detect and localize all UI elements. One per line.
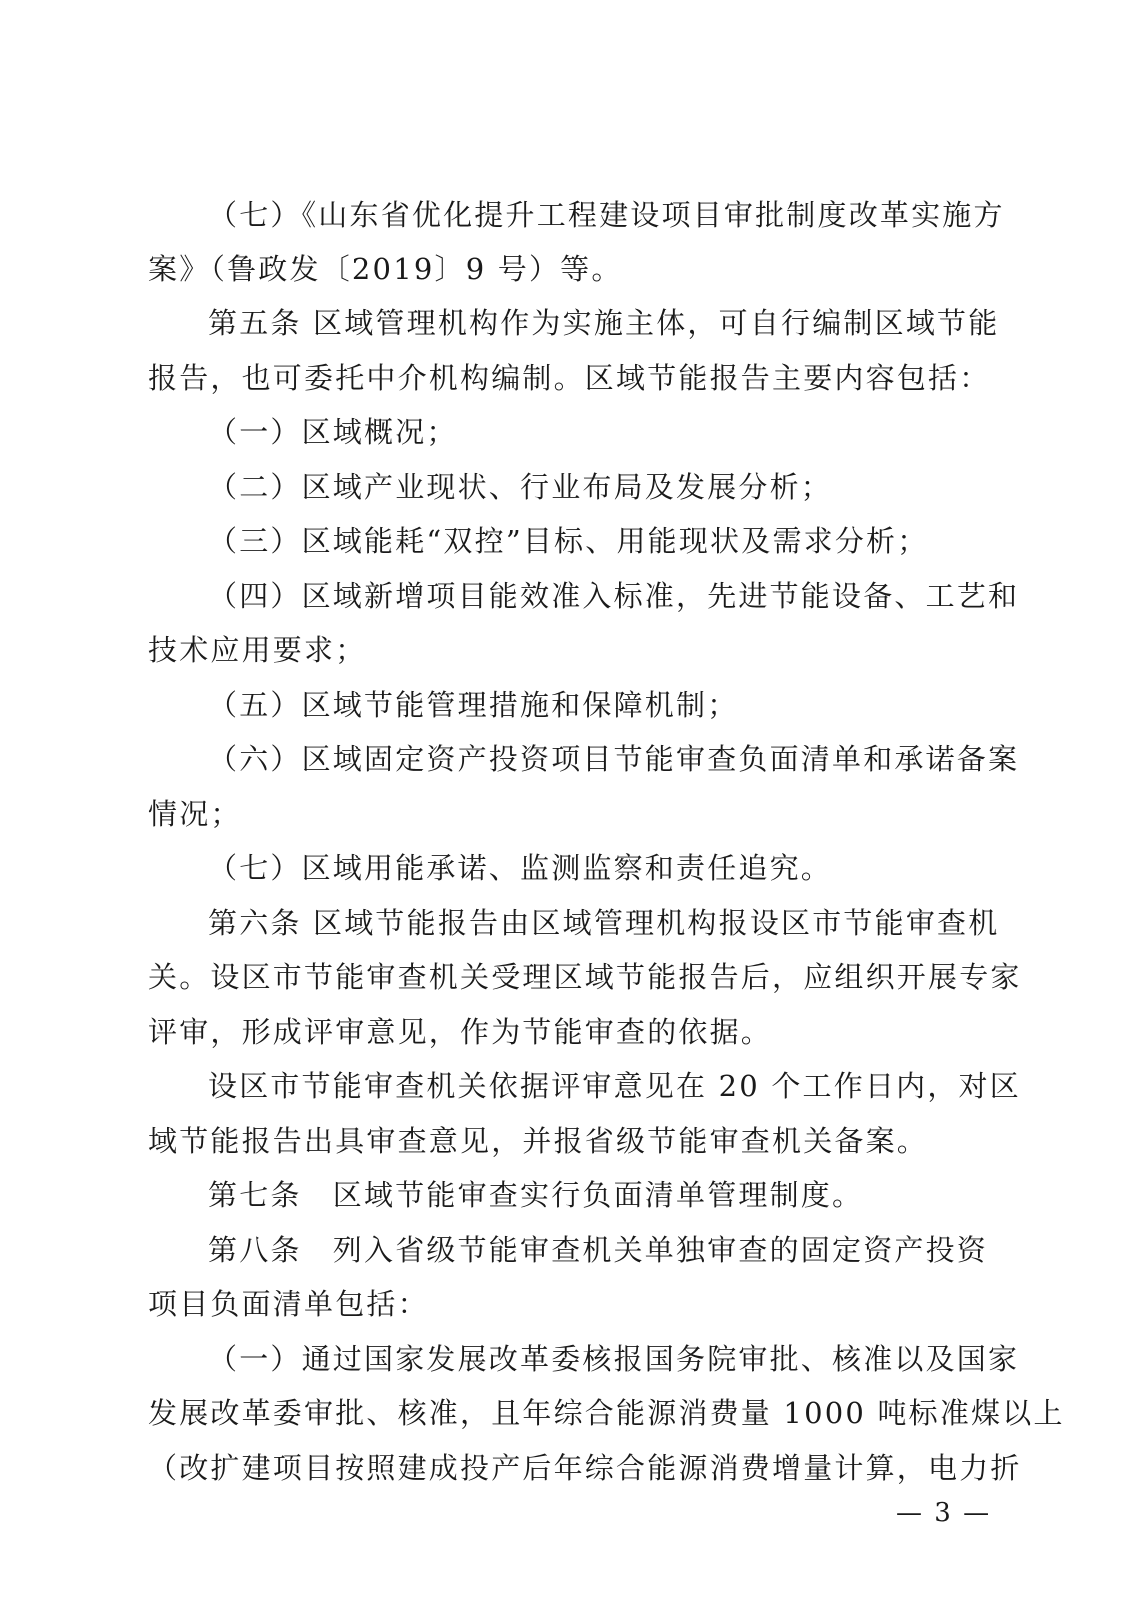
- article-5-heading: 第五条 区域管理机构作为实施主体，可自行编制区域节能: [208, 296, 978, 350]
- article-5-item-4-cont: 技术应用要求；: [148, 623, 978, 677]
- article-6-cont-2: 评审，形成评审意见，作为节能审查的依据。: [148, 1005, 978, 1059]
- article-8-item-1-cont-1: 发展改革委审批、核准，且年综合能源消费量 1000 吨标准煤以上: [148, 1386, 978, 1440]
- article-5-item-2: （二）区域产业现状、行业布局及发展分析；: [208, 460, 978, 514]
- article-5-item-6-cont: 情况；: [148, 787, 978, 841]
- article-7-heading: 第七条 区域节能审查实行负面清单管理制度。: [208, 1168, 978, 1222]
- article-6-cont-1: 关。设区市节能审查机关受理区域节能报告后，应组织开展专家: [148, 950, 978, 1004]
- article-5-item-1: （一）区域概况；: [208, 405, 978, 459]
- article-8-item-1-cont-2: （改扩建项目按照建成投产后年综合能源消费增量计算，电力折: [148, 1441, 978, 1495]
- article-6-para-2: 设区市节能审查机关依据评审意见在 20 个工作日内，对区: [208, 1059, 978, 1113]
- article-8-heading: 第八条 列入省级节能审查机关单独审查的固定资产投资: [208, 1223, 978, 1277]
- text-line-item-7-title: （七）《山东省优化提升工程建设项目审批制度改革实施方: [208, 188, 978, 242]
- text-line-item-7-cont: 案》（鲁政发〔2019〕9 号）等。: [148, 242, 978, 296]
- article-5-item-4: （四）区域新增项目能效准入标准，先进节能设备、工艺和: [208, 569, 978, 623]
- article-5-item-5: （五）区域节能管理措施和保障机制；: [208, 678, 978, 732]
- article-8-cont: 项目负面清单包括：: [148, 1277, 978, 1331]
- article-8-item-1: （一）通过国家发展改革委核报国务院审批、核准以及国家: [208, 1332, 978, 1386]
- article-6-heading: 第六条 区域节能报告由区域管理机构报设区市节能审查机: [208, 896, 978, 950]
- article-5-item-7: （七）区域用能承诺、监测监察和责任追究。: [208, 841, 978, 895]
- article-5-item-3: （三）区域能耗“双控”目标、用能现状及需求分析；: [208, 514, 978, 568]
- article-6-para-2-cont: 域节能报告出具审查意见，并报省级节能审查机关备案。: [148, 1114, 978, 1168]
- article-5-cont: 报告，也可委托中介机构编制。区域节能报告主要内容包括：: [148, 351, 978, 405]
- page-number: — 3 —: [896, 1495, 991, 1531]
- document-page: （七）《山东省优化提升工程建设项目审批制度改革实施方 案》（鲁政发〔2019〕9…: [0, 0, 1131, 1600]
- article-5-item-6: （六）区域固定资产投资项目节能审查负面清单和承诺备案: [208, 732, 978, 786]
